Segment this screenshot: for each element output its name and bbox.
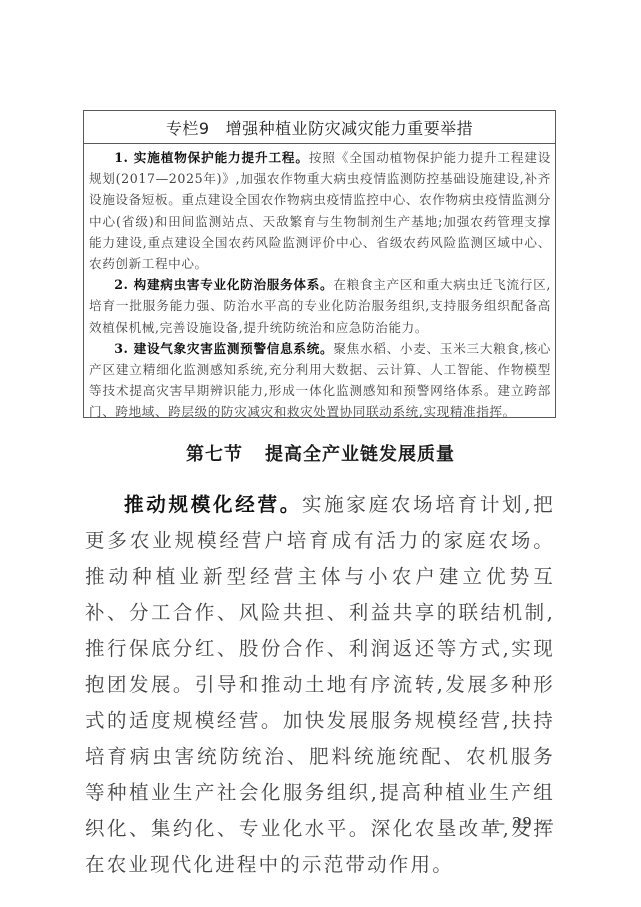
column-box: 专栏9 增强种植业防灾减灾能力重要举措 1. 实施植物保护能力提升工程。按照《全… — [83, 110, 556, 418]
paragraph-text: 实施家庭农场培育计划,把更多农业规模经营户培育成有活力的家庭农场。推动种植业新型… — [85, 493, 555, 876]
column-item: 3. 建设气象灾害监测预警信息系统。聚焦水稻、小麦、玉米三大粮食,核心产区建立精… — [89, 338, 551, 423]
column-item-lead: 1. 实施植物保护能力提升工程。 — [114, 150, 309, 165]
body-text: 推动规模化经营。实施家庭农场培育计划,把更多农业规模经营户培育成有活力的家庭农场… — [85, 487, 555, 883]
column-title: 增强种植业防灾减灾能力重要举措 — [226, 116, 474, 139]
column-number: 专栏9 — [166, 116, 210, 139]
column-item-lead: 3. 建设气象灾害监测预警信息系统。 — [114, 341, 333, 356]
section-number: 第七节 — [186, 444, 243, 465]
column-item-lead: 2. 构建病虫害专业化防治服务体系。 — [114, 277, 333, 292]
column-box-body: 1. 实施植物保护能力提升工程。按照《全国动植物保护能力提升工程建设规划(201… — [84, 144, 555, 423]
section-title: 提高全产业链发展质量 — [265, 444, 455, 465]
column-item: 1. 实施植物保护能力提升工程。按照《全国动植物保护能力提升工程建设规划(201… — [89, 147, 551, 274]
paragraph-lead: 推动规模化经营。 — [124, 493, 302, 516]
column-item: 2. 构建病虫害专业化防治服务体系。在粮食主产区和重大病虫迁飞流行区,培育一批服… — [89, 274, 551, 338]
column-box-header: 专栏9 增强种植业防灾减灾能力重要举措 — [84, 111, 555, 144]
section-heading: 第七节提高全产业链发展质量 — [0, 440, 641, 466]
page-number: — 39 — — [490, 814, 555, 832]
column-item-text: 按照《全国动植物保护能力提升工程建设规划(2017—2025年)》,加强农作物重… — [89, 150, 551, 271]
body-paragraph: 推动规模化经营。实施家庭农场培育计划,把更多农业规模经营户培育成有活力的家庭农场… — [85, 487, 555, 883]
